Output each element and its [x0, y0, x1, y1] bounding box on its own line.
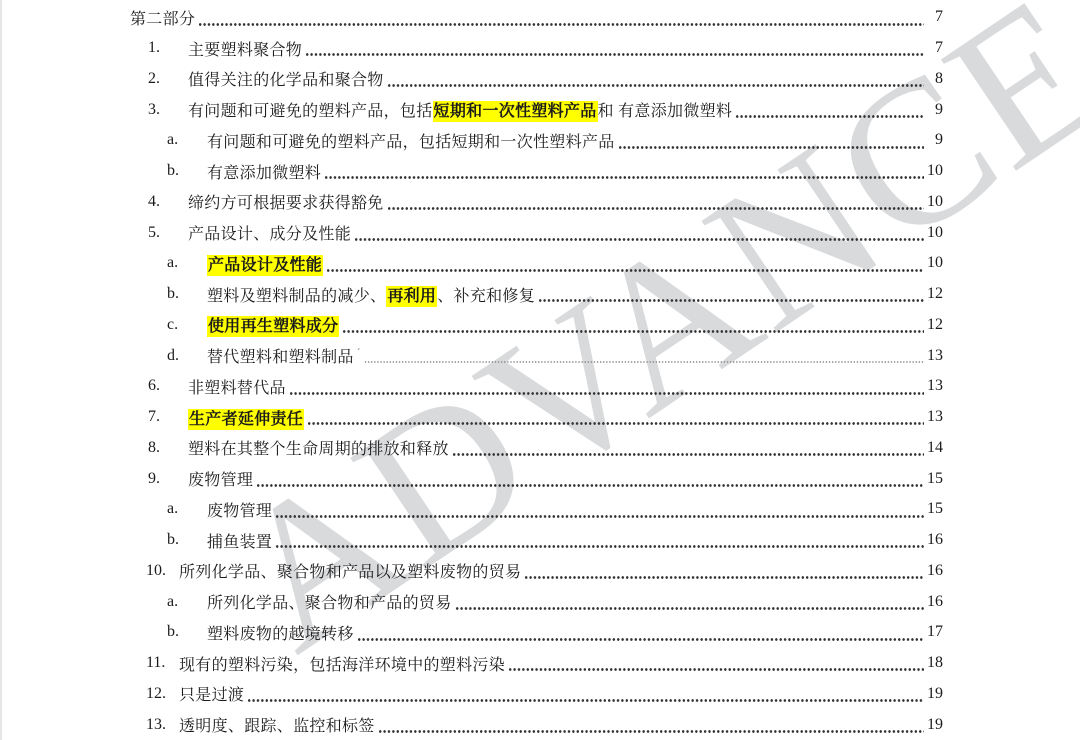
toc-entry-title: 现有的塑料污染，包括海洋环境中的塑料污染: [179, 652, 505, 675]
toc-entry-title: 透明度、跟踪、监控和标签: [179, 713, 375, 736]
toc-entry[interactable]: 6. 非塑料替代品 13: [148, 371, 943, 402]
toc-entry-page[interactable]: 18: [926, 654, 943, 672]
toc-entry-number: 11.: [146, 654, 179, 672]
title-text: 只是过渡: [179, 687, 244, 704]
toc-section-heading[interactable]: 第二部分 7: [130, 2, 943, 33]
toc-entry-number: d.: [167, 347, 207, 365]
toc-entry-page[interactable]: 13: [926, 408, 943, 426]
toc-entry-title: 主要塑料聚合物: [188, 37, 302, 60]
toc-entry-title: 有意添加微塑料: [207, 160, 321, 183]
title-text: 有问题和可避免的塑料产品，包括短期和一次性塑料产品: [207, 134, 615, 151]
dot-leader: [275, 525, 924, 556]
toc-entry-page[interactable]: 10: [926, 254, 943, 272]
toc-entry-page[interactable]: 15: [926, 500, 943, 518]
highlighted-text: 短期和一次性塑料产品: [433, 101, 598, 122]
dot-leader: [618, 125, 924, 156]
toc-entry-title: 产品设计、成分及性能: [188, 221, 351, 244]
toc-entry-number: 13.: [146, 716, 179, 734]
footnote-mark: ´: [354, 347, 361, 359]
dot-leader: [378, 709, 924, 740]
dot-leader: [387, 64, 924, 95]
toc-entry[interactable]: a. 产品设计及性能 10: [167, 248, 943, 279]
toc-entry-number: a.: [167, 254, 207, 272]
highlighted-text: 使用再生塑料成分: [207, 316, 339, 337]
toc-entry-page[interactable]: 13: [926, 347, 943, 365]
toc-entry-title: 所列化学品、聚合物和产品的贸易: [207, 590, 452, 613]
dot-leader: [735, 94, 924, 125]
toc-entry-number: 1.: [148, 39, 188, 57]
toc-entry-title: 废物管理: [207, 498, 272, 521]
toc-entry-number: a.: [167, 500, 207, 518]
toc-entry-number: 7.: [148, 408, 188, 426]
toc-entry[interactable]: 4. 缔约方可根据要求获得豁免 10: [148, 187, 943, 218]
toc-entry-page[interactable]: 8: [926, 70, 943, 88]
toc-entry-number: b.: [167, 162, 207, 180]
toc-entry-title: 有问题和可避免的塑料产品，包括短期和一次性塑料产品: [207, 129, 615, 152]
title-text: 所列化学品、聚合物和产品以及塑料废物的贸易: [179, 564, 521, 581]
toc-entry-number: a.: [167, 131, 207, 149]
dot-leader: [364, 340, 924, 371]
toc-entry-title: 值得关注的化学品和聚合物: [188, 67, 384, 90]
title-text: 所列化学品、聚合物和产品的贸易: [207, 595, 452, 612]
highlighted-text: 产品设计及性能: [207, 255, 323, 276]
toc-section-heading-label: 第二部分: [130, 6, 195, 29]
toc-entry[interactable]: 2. 值得关注的化学品和聚合物 8: [148, 64, 943, 95]
toc-entry-page[interactable]: 10: [926, 162, 943, 180]
toc-list: 第二部分 7 1. 主要塑料聚合物 7 2. 值得关注的化学品和聚合物 8 3.…: [0, 2, 943, 740]
toc-entry-title: 产品设计及性能: [207, 252, 323, 275]
toc-entry-number: 8.: [148, 439, 188, 457]
title-text: 值得关注的化学品和聚合物: [188, 72, 384, 89]
toc-entry-title: 塑料废物的越境转移: [207, 621, 354, 644]
toc-entry-number: b.: [167, 285, 207, 303]
toc-entry[interactable]: 13. 透明度、跟踪、监控和标签 19: [146, 709, 943, 740]
toc-entry-number: 5.: [148, 224, 188, 242]
toc-entry-number: 10.: [146, 562, 179, 580]
dot-leader: [538, 279, 924, 310]
toc-entry[interactable]: c. 使用再生塑料成分 12: [167, 310, 943, 341]
toc-entry-page[interactable]: 14: [926, 439, 943, 457]
toc-entry[interactable]: b. 塑料及塑料制品的减少、再利用、补充和修复 12: [167, 279, 943, 310]
toc-entry-page[interactable]: 12: [926, 316, 943, 334]
toc-entry-number: a.: [167, 593, 207, 611]
title-text: 和 有意添加微塑料: [598, 103, 733, 120]
toc-entry-number: c.: [167, 316, 207, 334]
toc-entry[interactable]: 5. 产品设计、成分及性能 10: [148, 217, 943, 248]
toc-entry-page[interactable]: 10: [926, 224, 943, 242]
toc-entry-page[interactable]: 13: [926, 377, 943, 395]
dot-leader: [452, 433, 924, 464]
dot-leader: [275, 494, 924, 525]
dot-leader: [247, 679, 924, 710]
toc-entry-number: 12.: [146, 685, 179, 703]
toc-entry[interactable]: b. 塑料废物的越境转移 17: [167, 617, 943, 648]
toc-entry-title: 捕鱼装置: [207, 529, 272, 552]
toc-entry-number: b.: [167, 623, 207, 641]
dot-leader: [342, 310, 924, 341]
toc-entry-title: 塑料及塑料制品的减少、再利用、补充和修复: [207, 283, 535, 306]
toc-entry-title: 塑料在其整个生命周期的排放和释放: [188, 436, 449, 459]
toc-entry[interactable]: d. 替代塑料和塑料制品 ´ 13: [167, 340, 943, 371]
toc-entry-page[interactable]: 15: [926, 470, 943, 488]
title-text: 有问题和可避免的塑料产品，包括: [188, 103, 433, 120]
toc-entry-page[interactable]: 10: [926, 193, 943, 211]
dot-leader: [524, 556, 924, 587]
title-text: 产品设计、成分及性能: [188, 226, 351, 243]
toc-entry[interactable]: a. 有问题和可避免的塑料产品，包括短期和一次性塑料产品 9: [167, 125, 943, 156]
dot-leader: [256, 463, 924, 494]
dot-leader: [198, 2, 924, 33]
toc-entry-title: 缔约方可根据要求获得豁免: [188, 190, 384, 213]
toc-entry-page[interactable]: 17: [926, 623, 943, 641]
title-text: 现有的塑料污染，包括海洋环境中的塑料污染: [179, 657, 505, 674]
toc-entry-page[interactable]: 9: [926, 131, 943, 149]
toc-entry-number: 3.: [148, 101, 188, 119]
toc-entry[interactable]: b. 捕鱼装置 16: [167, 525, 943, 556]
dot-leader: [326, 248, 924, 279]
toc-entry[interactable]: 12. 只是过渡 19: [146, 679, 943, 710]
dot-leader: [307, 402, 924, 433]
title-text: 废物管理: [188, 472, 253, 489]
toc-entry-page[interactable]: 9: [926, 101, 943, 119]
title-text: 塑料在其整个生命周期的排放和释放: [188, 441, 449, 458]
dot-leader: [387, 187, 924, 218]
toc-entry-title: 非塑料替代品: [188, 375, 286, 398]
dot-leader: [354, 217, 924, 248]
toc-entry-number: 2.: [148, 70, 188, 88]
highlighted-text: 再利用: [386, 286, 437, 307]
toc-entry[interactable]: 1. 主要塑料聚合物 7: [148, 33, 943, 64]
toc-entry-page[interactable]: 16: [926, 593, 943, 611]
title-text: 透明度、跟踪、监控和标签: [179, 718, 375, 735]
toc-entry-page[interactable]: 16: [926, 531, 943, 549]
title-text: 替代塑料和塑料制品: [207, 349, 354, 366]
toc-entry-page[interactable]: 19: [926, 685, 943, 703]
title-text: 非塑料替代品: [188, 380, 286, 397]
toc-entry[interactable]: a. 所列化学品、聚合物和产品的贸易 16: [167, 586, 943, 617]
toc-entry-page[interactable]: 12: [926, 285, 943, 303]
toc-entry[interactable]: b. 有意添加微塑料 10: [167, 156, 943, 187]
document-page: ADVANCE 第二部分 7 1. 主要塑料聚合物 7 2. 值得关注的化学品和…: [0, 0, 1080, 740]
title-text: 主要塑料聚合物: [188, 42, 302, 59]
title-text: 废物管理: [207, 503, 272, 520]
toc-entry[interactable]: 3. 有问题和可避免的塑料产品，包括短期和一次性塑料产品和 有意添加微塑料 9: [148, 94, 943, 125]
toc-entry-number: 9.: [148, 470, 188, 488]
toc-entry[interactable]: 11. 现有的塑料污染，包括海洋环境中的塑料污染 18: [146, 648, 943, 679]
dot-leader: [289, 371, 924, 402]
title-text: 塑料及塑料制品的减少、: [207, 288, 386, 305]
toc-entry-page[interactable]: 7: [926, 39, 943, 57]
dot-leader: [508, 648, 924, 679]
toc-entry-number: 6.: [148, 377, 188, 395]
toc-entry[interactable]: 9. 废物管理 15: [148, 463, 943, 494]
toc-section-heading-page[interactable]: 7: [926, 8, 943, 26]
toc-entry-page[interactable]: 16: [926, 562, 943, 580]
toc-entry-title: 替代塑料和塑料制品 ´: [207, 344, 361, 367]
title-text: 、补充和修复: [437, 288, 535, 305]
toc-entry-number: b.: [167, 531, 207, 549]
toc-entry-number: 4.: [148, 193, 188, 211]
toc-entry-title: 生产者延伸责任: [188, 406, 304, 429]
toc-entry-title: 只是过渡: [179, 682, 244, 705]
dot-leader: [357, 617, 924, 648]
toc-entry-title: 使用再生塑料成分: [207, 313, 339, 336]
dot-leader: [324, 156, 924, 187]
dot-leader: [305, 33, 924, 64]
dot-leader: [455, 586, 924, 617]
toc-entry[interactable]: 8. 塑料在其整个生命周期的排放和释放 14: [148, 433, 943, 464]
title-text: 缔约方可根据要求获得豁免: [188, 195, 384, 212]
highlighted-text: 生产者延伸责任: [188, 409, 304, 430]
title-text: 捕鱼装置: [207, 534, 272, 551]
toc-entry-title: 有问题和可避免的塑料产品，包括短期和一次性塑料产品和 有意添加微塑料: [188, 98, 732, 121]
toc-entry[interactable]: 7. 生产者延伸责任 13: [148, 402, 943, 433]
title-text: 塑料废物的越境转移: [207, 626, 354, 643]
toc-entry[interactable]: a. 废物管理 15: [167, 494, 943, 525]
toc-entry-title: 废物管理: [188, 467, 253, 490]
title-text: 有意添加微塑料: [207, 165, 321, 182]
toc-entry-title: 所列化学品、聚合物和产品以及塑料废物的贸易: [179, 559, 521, 582]
toc-entry[interactable]: 10. 所列化学品、聚合物和产品以及塑料废物的贸易 16: [146, 556, 943, 587]
toc-entry-page[interactable]: 19: [926, 716, 943, 734]
